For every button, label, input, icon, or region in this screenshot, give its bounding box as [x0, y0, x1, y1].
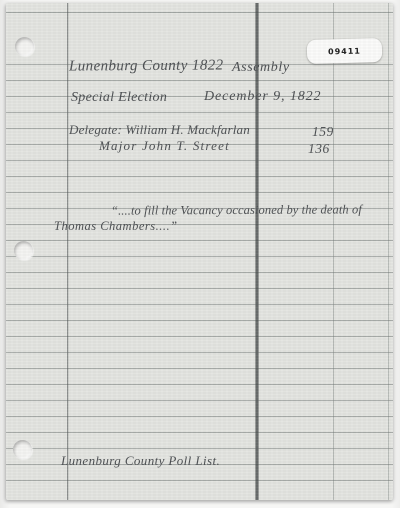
- handwritten-election-date: December 9, 1822: [204, 89, 321, 104]
- handwritten-candidate-2: Major John T. Street: [99, 139, 230, 153]
- punch-hole-top: [15, 37, 34, 56]
- handwritten-assembly: Assembly: [232, 60, 290, 75]
- center-column-rule: [255, 3, 259, 500]
- handwritten-quote-line-2: Thomas Chambers....”: [54, 220, 178, 234]
- handwritten-vote-count-2: 136: [308, 142, 330, 157]
- far-right-column-rule: [388, 3, 389, 500]
- label-number: 09411: [328, 46, 361, 56]
- scan-canvas: { "sticker": { "number": "09411" }, "han…: [0, 0, 400, 508]
- handwritten-vote-count-1: 159: [312, 125, 334, 140]
- handwritten-poll-list-note: Lunenburg County Poll List.: [61, 454, 220, 468]
- right-column-rule: [333, 3, 334, 500]
- handwritten-quote-line-1: “....to fill the Vacancy occasioned by t…: [111, 203, 362, 218]
- top-rule-line: [6, 12, 393, 13]
- handwritten-county-year: Lunenburg County 1822: [69, 57, 224, 75]
- barcode-label: 09411: [307, 38, 383, 64]
- left-margin-rule: [67, 3, 68, 500]
- handwritten-election-type: Special Election: [71, 90, 167, 105]
- scanned-ledger-page: 09411 Lunenburg County 1822 Assembly Spe…: [6, 3, 393, 500]
- punch-hole-bottom: [13, 440, 32, 459]
- punch-hole-middle: [14, 241, 33, 260]
- handwritten-delegate-line: Delegate: William H. Mackfarlan: [69, 123, 250, 137]
